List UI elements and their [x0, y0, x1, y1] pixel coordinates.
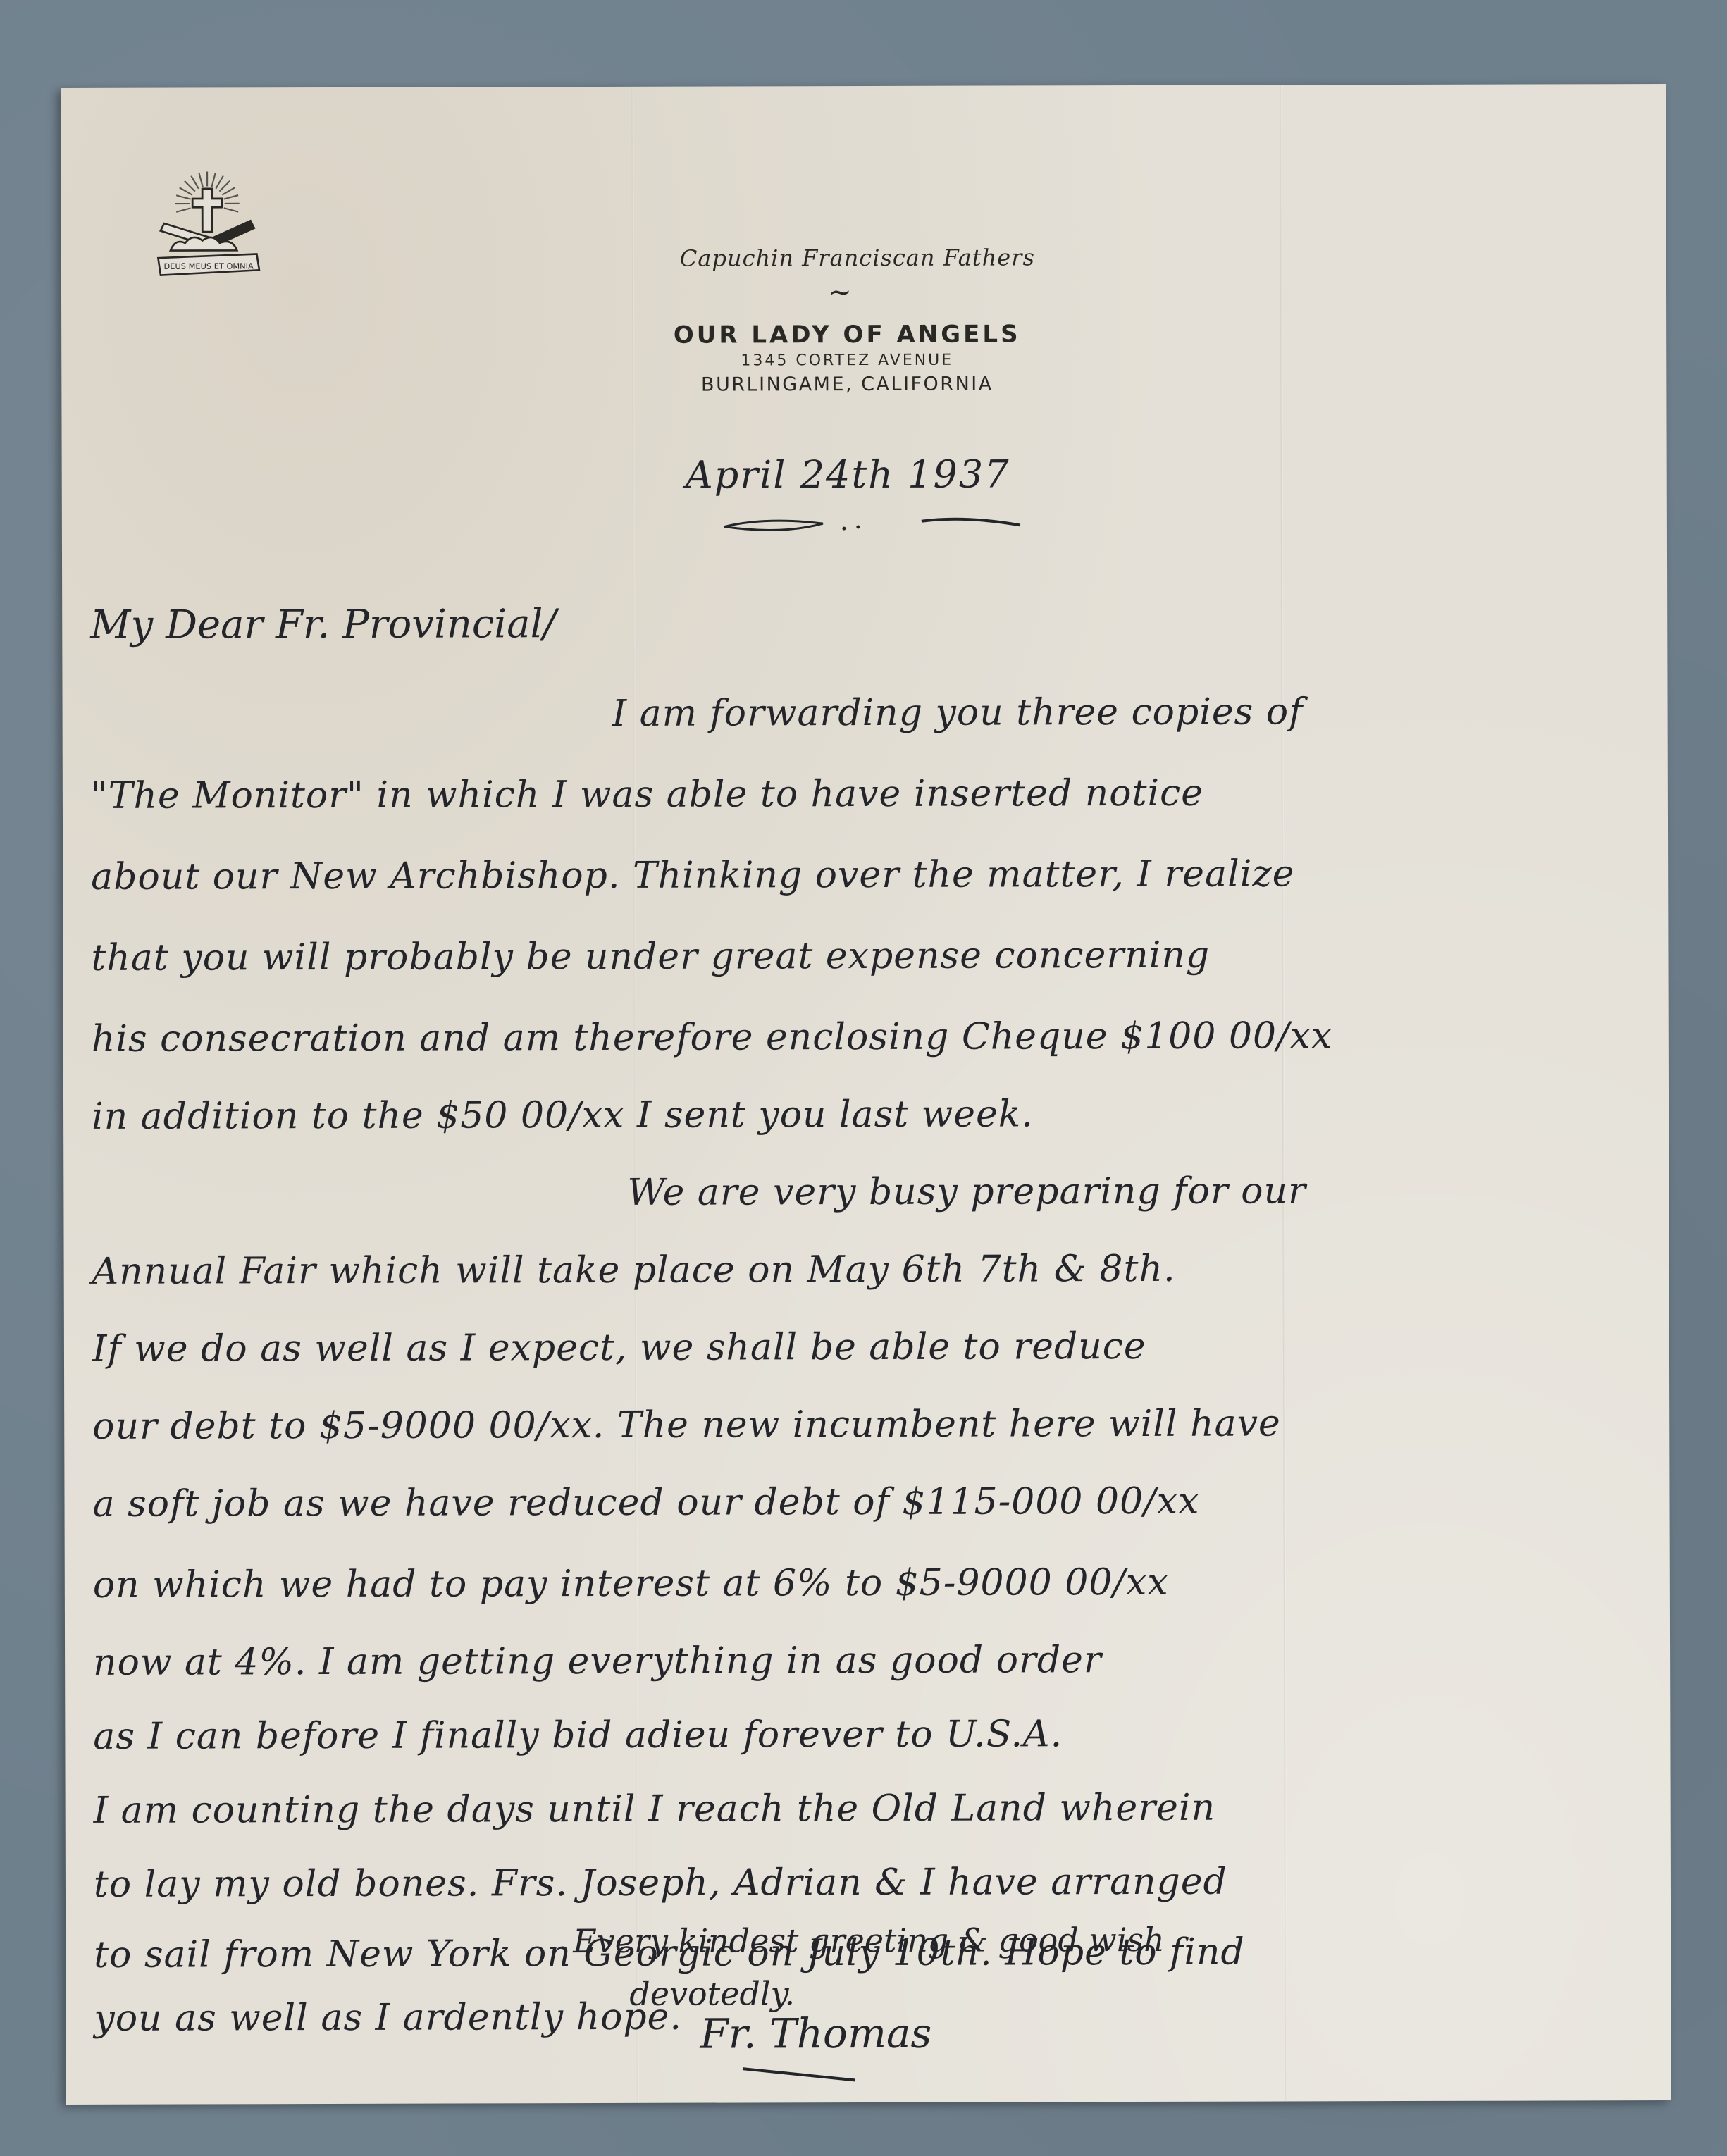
- letter-body-line: I am counting the days until I reach the…: [94, 1787, 1216, 1832]
- signature-underline: [743, 2067, 855, 2081]
- signature: Fr. Thomas: [700, 2009, 931, 2058]
- letter-body-line: We are very busy preparing for our: [627, 1170, 1306, 1214]
- letter-body-line: If we do as well as I expect, we shall b…: [92, 1325, 1146, 1370]
- cross-sunburst-emblem-icon: DEUS MEUS ET OMNIA: [146, 161, 269, 285]
- letter-body-line: in addition to the $50 00/xx I sent you …: [92, 1093, 1034, 1137]
- letterhead-divider: ~: [555, 278, 1125, 307]
- letter-body-line: on which we had to pay interest at 6% to…: [93, 1561, 1169, 1606]
- letter-date: April 24th 1937: [686, 452, 1010, 497]
- letter-body-line: as I can before I finally bid adieu fore…: [93, 1713, 1063, 1758]
- paper-fold-crease: [1280, 85, 1287, 2101]
- institution-name: OUR LADY OF ANGELS: [569, 320, 1125, 349]
- letter-body-line: "The Monitor" in which I was able to hav…: [91, 772, 1203, 817]
- closing-line: Every kindest greeting & good wish: [573, 1921, 1165, 1960]
- letter-body-line: a soft job as we have reduced our debt o…: [92, 1480, 1199, 1525]
- letter-body-line: now at 4%. I am getting everything in as…: [93, 1639, 1102, 1684]
- letter-body-line: our debt to $5-9000 00/xx. The new incum…: [92, 1402, 1281, 1447]
- letter-page: DEUS MEUS ET OMNIA Capuchin Franciscan F…: [61, 84, 1671, 2105]
- letter-body-line: you as well as I ardently hope.: [94, 1996, 682, 2040]
- letterhead: Capuchin Franciscan Fathers ~ OUR LADY O…: [618, 244, 1126, 396]
- city-state: BURLINGAME, CALIFORNIA: [569, 373, 1125, 396]
- emblem-motto: DEUS MEUS ET OMNIA: [164, 261, 254, 271]
- letter-body-line: Annual Fair which will take place on May…: [92, 1248, 1176, 1293]
- date-underline-flourish-icon: [717, 508, 1027, 537]
- letter-body-line: his consecration and am therefore enclos…: [92, 1015, 1333, 1060]
- letter-body-line: to lay my old bones. Frs. Joseph, Adrian…: [94, 1861, 1227, 1906]
- salutation: My Dear Fr. Provincial/: [90, 601, 556, 648]
- street-address: 1345 CORTEZ AVENUE: [569, 351, 1125, 370]
- religious-order-name: Capuchin Franciscan Fathers: [590, 244, 1125, 272]
- letter-body-line: about our New Archbishop. Thinking over …: [91, 853, 1294, 898]
- letter-body-line: I am forwarding you three copies of: [612, 690, 1304, 735]
- letter-body-line: that you will probably be under great ex…: [91, 934, 1210, 979]
- closing-line: devotedly.: [629, 1974, 795, 2013]
